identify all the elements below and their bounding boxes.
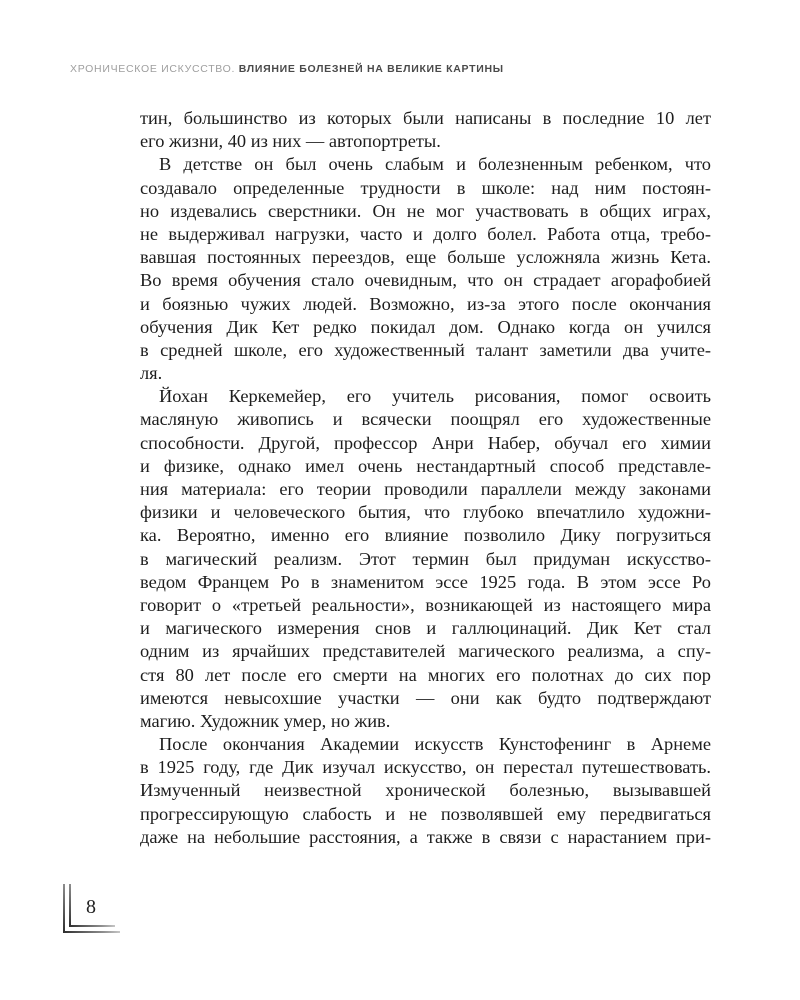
body-line: Во время обучения стало очевидным, что о… bbox=[140, 269, 711, 292]
body-line: ведом Францем Ро в знаменитом эссе 1925 … bbox=[140, 571, 711, 594]
body-line: в 1925 году, где Дик изучал искусство, о… bbox=[140, 756, 711, 779]
paragraph: После окончания Академии искусств Кунсто… bbox=[140, 733, 711, 849]
paragraph: тин, большинство из которых были написан… bbox=[140, 107, 711, 153]
body-line: ка. Вероятно, именно его влияние позволи… bbox=[140, 524, 711, 547]
page-number: 8 bbox=[81, 896, 101, 919]
body-line: и магического измерения снов и галлюцина… bbox=[140, 617, 711, 640]
body-line: в магический реализм. Этот термин был пр… bbox=[140, 548, 711, 571]
paragraph: Йохан Керкемейер, его учитель рисования,… bbox=[140, 385, 711, 733]
body-line: говорит о «третьей реальности», возникаю… bbox=[140, 594, 711, 617]
body-line: Измученный неизвестной хронической болез… bbox=[140, 779, 711, 802]
body-line: тин, большинство из которых были написан… bbox=[140, 107, 711, 130]
body-line: одним из ярчайших представителей магичес… bbox=[140, 640, 711, 663]
body-text: тин, большинство из которых были написан… bbox=[140, 107, 711, 849]
running-header: ХРОНИЧЕСКОЕ ИСКУССТВО. ВЛИЯНИЕ БОЛЕЗНЕЙ … bbox=[70, 63, 504, 75]
body-line: но издевались сверстники. Он не мог учас… bbox=[140, 200, 711, 223]
body-line: магию. Художник умер, но жив. bbox=[140, 710, 711, 733]
body-line: ния материала: его теории проводили пара… bbox=[140, 478, 711, 501]
book-page: ХРОНИЧЕСКОЕ ИСКУССТВО. ВЛИЯНИЕ БОЛЕЗНЕЙ … bbox=[0, 0, 800, 1000]
body-line: и боязнью чужих людей. Возможно, из-за э… bbox=[140, 293, 711, 316]
body-line: ля. bbox=[140, 362, 711, 385]
body-line: в средней школе, его художественный тала… bbox=[140, 339, 711, 362]
paragraph: В детстве он был очень слабым и болезнен… bbox=[140, 153, 711, 385]
body-line: его жизни, 40 из них — автопортреты. bbox=[140, 130, 711, 153]
body-line: создавало определенные трудности в школе… bbox=[140, 177, 711, 200]
body-line: не выдерживал нагрузки, часто и долго бо… bbox=[140, 223, 711, 246]
body-line: масляную живопись и всячески поощрял его… bbox=[140, 408, 711, 431]
header-kicker: ХРОНИЧЕСКОЕ ИСКУССТВО. bbox=[70, 63, 235, 75]
body-line: Йохан Керкемейер, его учитель рисования,… bbox=[140, 385, 711, 408]
body-line: имеются невысохшие участки — они как буд… bbox=[140, 687, 711, 710]
body-line: способности. Другой, профессор Анри Набе… bbox=[140, 432, 711, 455]
body-line: стя 80 лет после его смерти на многих ег… bbox=[140, 664, 711, 687]
body-line: После окончания Академии искусств Кунсто… bbox=[140, 733, 711, 756]
body-line: прогрессирующую слабость и не позволявше… bbox=[140, 803, 711, 826]
body-line: физики и человеческого бытия, что глубок… bbox=[140, 501, 711, 524]
body-line: и физике, однако имел очень нестандартны… bbox=[140, 455, 711, 478]
body-line: даже на небольшие расстояния, а также в … bbox=[140, 826, 711, 849]
body-line: вавшая постоянных переездов, еще больше … bbox=[140, 246, 711, 269]
body-line: обучения Дик Кет редко покидал дом. Одна… bbox=[140, 316, 711, 339]
header-title: ВЛИЯНИЕ БОЛЕЗНЕЙ НА ВЕЛИКИЕ КАРТИНЫ bbox=[239, 63, 504, 75]
body-line: В детстве он был очень слабым и болезнен… bbox=[140, 153, 711, 176]
